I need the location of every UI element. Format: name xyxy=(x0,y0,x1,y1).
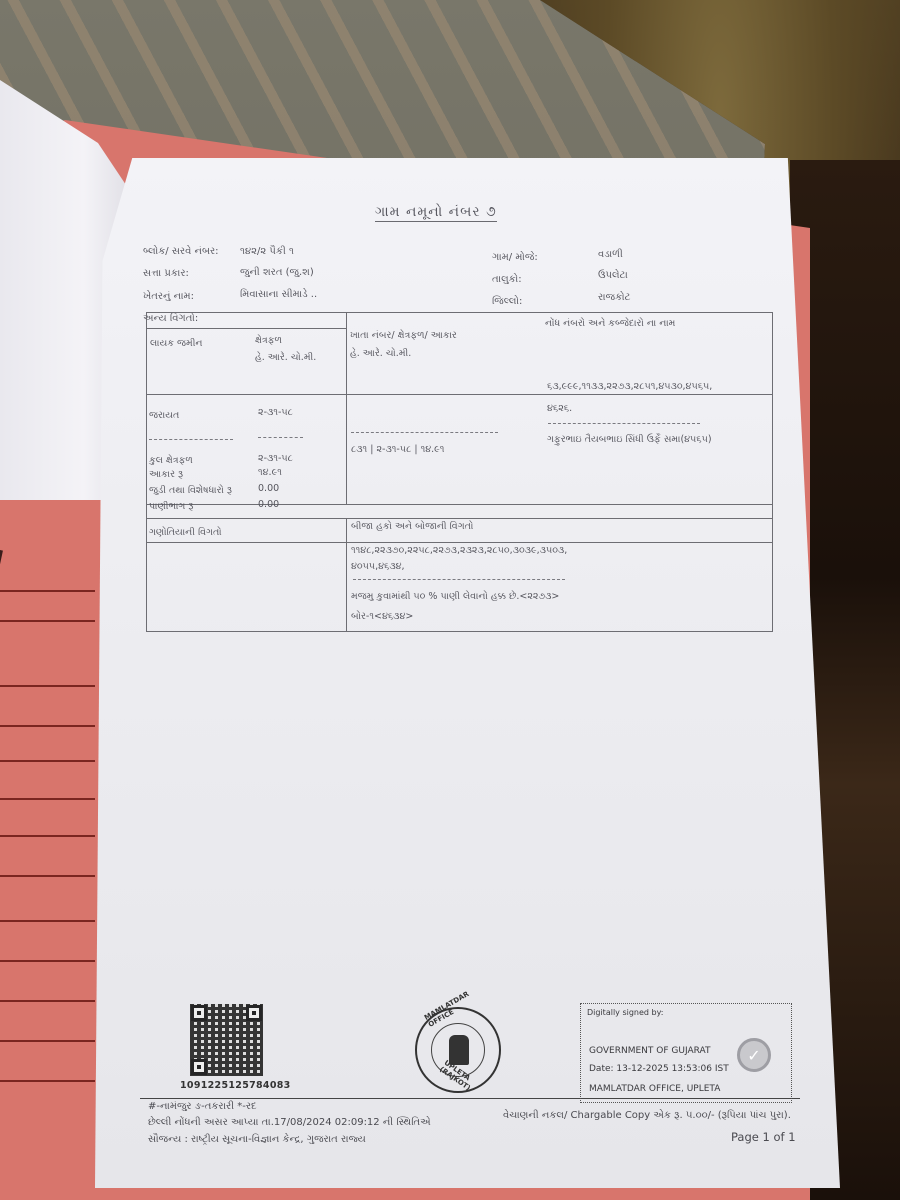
rights-entries-cont: ૪૦૫૫,૪૬૩૪, xyxy=(351,561,405,572)
separator xyxy=(548,423,700,424)
land-row-value: ૧૪.૯૧ xyxy=(258,467,282,478)
land-row-label: આકાર રૂ xyxy=(149,469,183,480)
signature-org: GOVERNMENT OF GUJARAT xyxy=(589,1046,710,1056)
owner-name: ગફુરભાઇ તૈયબભાઇ સિંધી ઉર્ફે સમા(૪૫૬૫) xyxy=(547,434,712,445)
page-number: Page 1 of 1 xyxy=(731,1130,796,1144)
area-unit: હે. આરે. ચો.મી. xyxy=(255,352,316,363)
rights-header: બીજા હકો અને બોજાની વિગતો xyxy=(351,521,473,532)
account-header: ખાતા નંબર/ ક્ષેત્રફળ/ આકાર xyxy=(350,330,457,341)
separator xyxy=(258,437,303,438)
qr-number: 1091225125784083 xyxy=(180,1080,291,1091)
village-value: વડાળી xyxy=(598,249,623,260)
land-row-value: 0.00 xyxy=(258,483,279,494)
qr-finder xyxy=(191,1059,207,1075)
owners-header: નોંધ નંબરો અને કબ્જેદારો ના નામ xyxy=(545,318,675,329)
land-row-label: પાણીભાગ રૂ xyxy=(149,501,193,512)
table-divider xyxy=(346,312,347,504)
table-divider xyxy=(146,504,773,505)
footer-copy-charge: વેચાણની નકલ/ Chargable Copy એક રૂ. ૫.૦૦/… xyxy=(503,1110,791,1121)
qr-finder xyxy=(246,1005,262,1021)
survey-number-label: બ્લોક/ સરવે નંબર: xyxy=(143,246,219,257)
table-divider xyxy=(146,518,773,519)
separator xyxy=(351,432,498,433)
footer-legend: #-નામંજુર ઙ-તકરારી *-રદ xyxy=(148,1101,257,1112)
land-row-label: જરાયત xyxy=(149,410,179,421)
village-form-7: ગામ નમૂનો નંબર ૭ બ્લોક/ સરવે નંબર: ૧૪૨/૨… xyxy=(0,0,900,1200)
account-entry: ૮૩૧ | ૨-૩૧-૫૮ | ૧૪.૯૧ xyxy=(351,444,444,455)
signature-office: MAMLATDAR OFFICE, UPLETA xyxy=(589,1084,720,1094)
taluka-value: ઉપલેટા xyxy=(598,270,628,281)
field-name-label: ખેતરનું નામ: xyxy=(143,291,194,302)
account-unit: હે. આરે. ચો.મી. xyxy=(350,348,411,359)
district-value: રાજકોટ xyxy=(598,292,630,303)
record-table xyxy=(146,312,773,632)
digital-signature-box: Digitally signed by: GOVERNMENT OF GUJAR… xyxy=(580,1003,792,1103)
water-rights-note: મજમુ કુવામાંથી ૫૦ % પાણી લેવાનો હક્ક છે.… xyxy=(351,591,559,602)
survey-number-value: ૧૪૨/૨ પૈકી ૧ xyxy=(240,246,294,257)
tenant-details-header: ગણોતિયાની વિગતો xyxy=(149,527,222,538)
area-header: ક્ષેત્રફળ xyxy=(255,335,282,346)
land-row-value: ૨-૩૧-૫૮ xyxy=(258,453,293,464)
land-row-label: જુડી તથા વિશેષધારો રૂ xyxy=(149,485,232,496)
document-title: ગામ નમૂનો નંબર ૭ xyxy=(375,204,497,222)
footer-divider xyxy=(140,1098,800,1099)
footer-last-entry: છેલ્લી નોંધની અસર આપ્યા તા.17/08/2024 02… xyxy=(148,1117,431,1128)
qr-code[interactable] xyxy=(190,1004,263,1076)
tenure-label: સત્તા પ્રકાર: xyxy=(143,268,189,279)
seal-top-text: MAMLATDAR OFFICE xyxy=(423,977,497,1029)
table-divider xyxy=(346,518,347,632)
table-divider xyxy=(146,394,773,395)
signature-heading: Digitally signed by: xyxy=(587,1008,663,1017)
land-row-label: કુલ ક્ષેત્રફળ xyxy=(149,455,193,466)
taluka-label: તાલુકો: xyxy=(492,274,522,285)
land-row-value: 0.00 xyxy=(258,499,279,510)
tenure-value: જુની શરત (જુ.શ) xyxy=(240,267,314,278)
national-emblem-icon xyxy=(449,1035,469,1065)
cultivable-land-header: લાયક જમીન xyxy=(150,338,203,349)
borewell-note: બોર-૧<૪૬૩૪> xyxy=(351,611,413,622)
mamlatdar-office-seal: MAMLATDAR OFFICE UPLETA (RAJKOT) xyxy=(415,1007,501,1093)
land-row-value: ૨-૩૧-૫૮ xyxy=(258,407,293,418)
district-label: જિલ્લો: xyxy=(492,296,522,307)
qr-finder xyxy=(191,1005,207,1021)
entry-numbers: ૬૩,૯૯૯,૧૧૩૩,૨૨૭૩,૨૮૫૧,૪૫૩૦,૪૫૬૫, xyxy=(547,381,712,392)
rights-entries: ૧૧૪૮,૨૨૩૭૦,૨૨૫૮,૨૨૭૩,૨૩૨૩,૨૮૫૦,૩૦૩૯,૩૫૦૩… xyxy=(351,545,567,556)
entry-numbers-cont: ૪૬૨૬. xyxy=(547,403,572,414)
separator xyxy=(353,579,565,580)
footer-courtesy: સૌજન્ય : રાષ્ટ્રીય સૂચના-વિજ્ઞાન કેન્દ્ર… xyxy=(148,1134,366,1145)
verified-check-icon: ✓ xyxy=(737,1038,771,1072)
table-divider xyxy=(146,542,773,543)
table-divider xyxy=(146,328,346,329)
signature-date: Date: 13-12-2025 13:53:06 IST xyxy=(589,1064,729,1074)
village-label: ગામ/ મોજે: xyxy=(492,252,538,263)
separator xyxy=(149,439,233,440)
field-name-value: મિવાસાના સીમાડે .. xyxy=(240,289,317,300)
